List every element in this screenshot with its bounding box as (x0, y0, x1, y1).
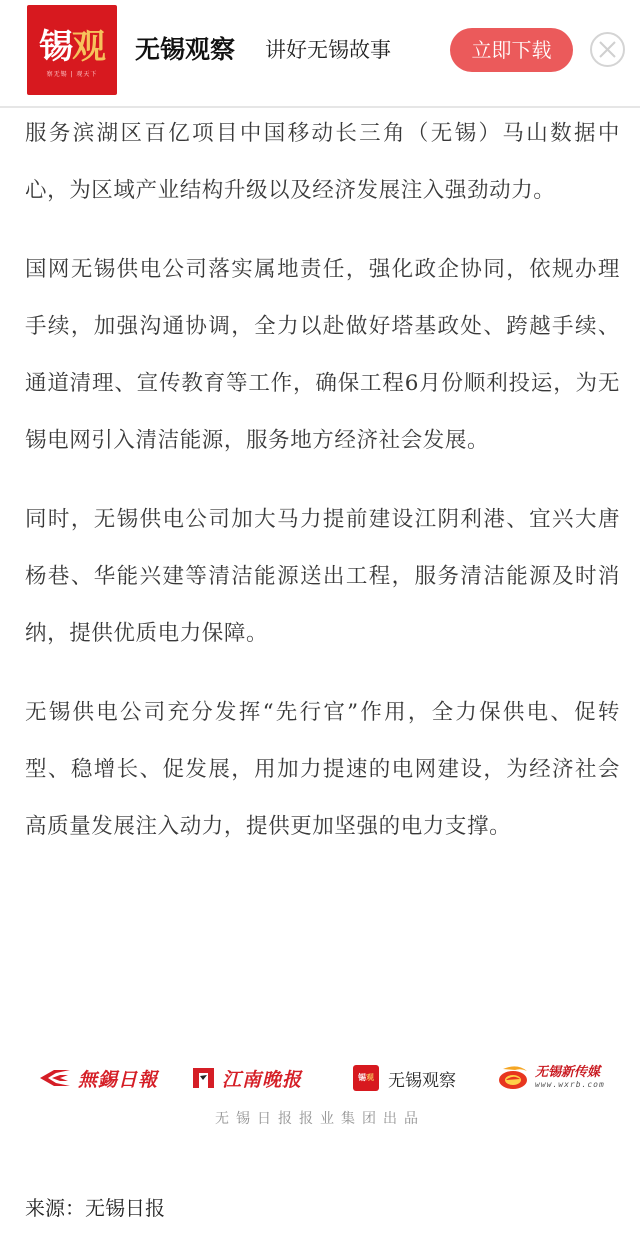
close-banner-button[interactable] (590, 32, 625, 67)
partner-logo-wuxi-new-media: 无锡新传媒 www.wxrb.com (497, 1058, 605, 1098)
article-paragraph: 同时，无锡供电公司加大马力提前建设江阴利港、宜兴大唐杨巷、华能兴建等清洁能源送出… (25, 491, 620, 662)
article-source: 来源：无锡日报 (25, 1192, 165, 1221)
wuxi-observer-mini-logo: 锡观 (353, 1065, 379, 1091)
app-logo-tagline: 察无锡 | 观天下 (27, 69, 117, 78)
app-logo[interactable]: 锡观 察无锡 | 观天下 (27, 5, 117, 95)
close-icon (599, 41, 616, 58)
wuxi-new-media-e-logo-icon (497, 1065, 531, 1091)
article-paragraph: 无锡供电公司充分发挥“先行官”作用，全力保供电、促转型、稳增长、促发展，用加力提… (25, 684, 620, 855)
article-paragraph: 服务滨湖区百亿项目中国移动长三角（无锡）马山数据中心，为区域产业结构升级以及经济… (25, 105, 620, 219)
jiangnan-evening-emblem-icon (192, 1066, 216, 1090)
publisher-credit: 无锡日报报业集团出品 (0, 1108, 640, 1128)
app-name: 无锡观察 (135, 30, 235, 66)
article-body: 服务滨湖区百亿项目中国移动长三角（无锡）马山数据中心，为区域产业结构升级以及经济… (25, 108, 620, 877)
app-slogan: 讲好无锡故事 (265, 34, 391, 64)
article-paragraph: 国网无锡供电公司落实属地责任，强化政企协同，依规办理手续，加强沟通协调，全力以赴… (25, 241, 620, 469)
wuxi-daily-emblem-icon (38, 1067, 72, 1089)
partner-logo-wuxi-daily: 無錫日報 (38, 1058, 158, 1098)
partner-logo-wuxi-observer: 锡观 无锡观察 (353, 1058, 456, 1098)
app-download-banner: 锡观 察无锡 | 观天下 无锡观察 讲好无锡故事 立即下载 (0, 0, 640, 108)
app-logo-mark: 锡观 (27, 19, 117, 68)
partner-logos: 無錫日報 江南晚报 锡观 无锡观察 无锡新传媒 www.wxrb.com (0, 1058, 640, 1098)
download-button[interactable]: 立即下载 (450, 28, 573, 72)
partner-logo-jiangnan-evening: 江南晚报 (192, 1058, 302, 1098)
